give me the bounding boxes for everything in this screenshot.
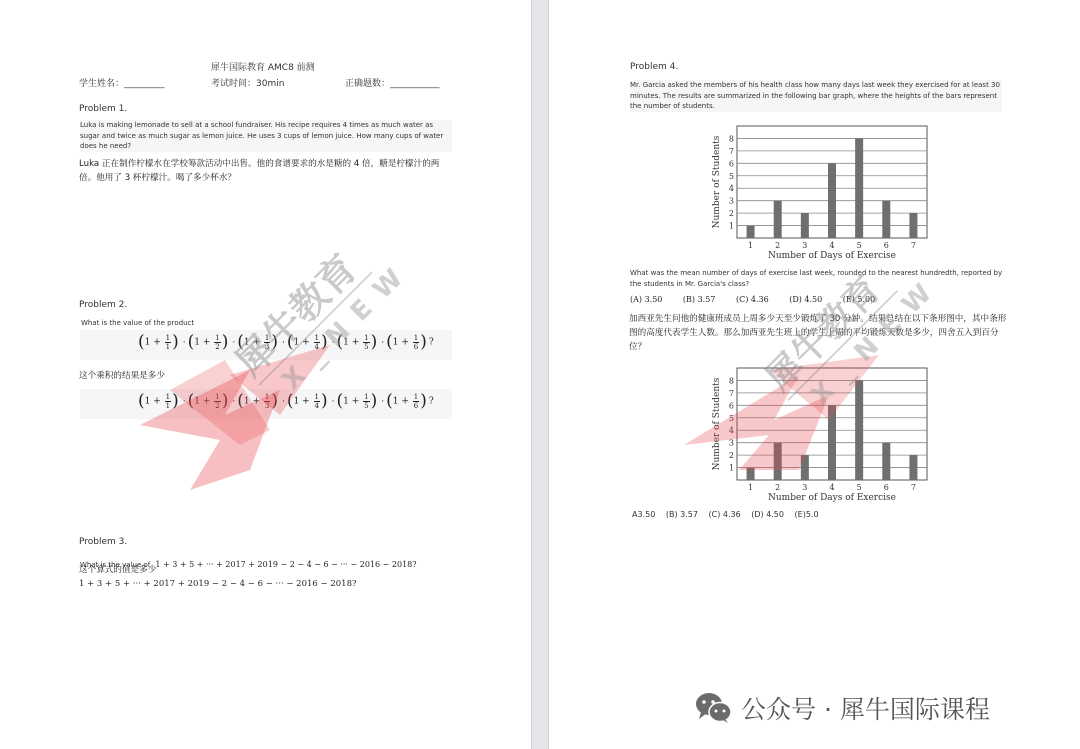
product-expression-zh: (1 + 11)·(1 + 12)·(1 + 13)·(1 + 14)·(1 +… bbox=[80, 389, 452, 419]
bar-chart-english: 123456781234567Number of Days of Exercis… bbox=[709, 120, 939, 269]
svg-text:4: 4 bbox=[729, 426, 734, 435]
problem-3-expression: 1 + 3 + 5 + ··· + 2017 + 2019 − 2 − 4 − … bbox=[155, 560, 416, 569]
wechat-official-account-brand: 公众号 · 犀牛国际课程 bbox=[695, 690, 990, 726]
svg-text:6: 6 bbox=[884, 241, 889, 250]
svg-text:2: 2 bbox=[775, 241, 780, 250]
exam-time: 考试时间：30min bbox=[211, 76, 284, 89]
watermark-logo: 犀牛教育 X_NEW bbox=[130, 240, 430, 500]
svg-text:1: 1 bbox=[729, 464, 734, 473]
product-formula: (1 + 11)·(1 + 12)·(1 + 13)·(1 + 14)·(1 +… bbox=[138, 332, 434, 352]
problem-4-english: Mr. Garcia asked the members of his heal… bbox=[630, 80, 1002, 112]
choice-e-zh: (E)5.0 bbox=[795, 510, 819, 519]
svg-text:1: 1 bbox=[729, 222, 734, 231]
svg-text:1: 1 bbox=[748, 241, 753, 250]
problem-1-english: Luka is making lemonade to sell at a sch… bbox=[80, 120, 452, 152]
svg-text:5: 5 bbox=[729, 414, 734, 423]
svg-text:2: 2 bbox=[729, 209, 734, 218]
svg-text:3: 3 bbox=[802, 483, 807, 492]
svg-text:7: 7 bbox=[729, 389, 734, 398]
svg-text:4: 4 bbox=[829, 241, 834, 250]
student-name-field: 学生姓名：_________ bbox=[79, 76, 165, 89]
problem-1-title: Problem 1. bbox=[79, 104, 127, 114]
svg-text:7: 7 bbox=[729, 147, 734, 156]
problem-3-expression-zh: 1 + 3 + 5 + ··· + 2017 + 2019 − 2 − 4 − … bbox=[79, 579, 357, 589]
page-gutter bbox=[531, 0, 549, 749]
svg-text:8: 8 bbox=[729, 376, 734, 385]
svg-text:4: 4 bbox=[829, 483, 834, 492]
brand-text: 公众号 · 犀牛国际课程 bbox=[741, 690, 990, 726]
problem-3-title: Problem 3. bbox=[79, 537, 127, 547]
left-document-page: 犀牛国际教育 AMC8 前测 学生姓名：_________ 考试时间：30min… bbox=[0, 0, 531, 749]
product-formula: (1 + 11)·(1 + 12)·(1 + 13)·(1 + 14)·(1 +… bbox=[138, 391, 434, 411]
problem-4-title: Problem 4. bbox=[630, 62, 678, 72]
svg-text:Number of Students: Number of Students bbox=[712, 135, 722, 228]
svg-text:7: 7 bbox=[911, 241, 916, 250]
choice-c: (C) 4.36 bbox=[736, 295, 769, 304]
answer-choices-english: (A) 3.50 (B) 3.57 (C) 4.36 (D) 4.50 (E) … bbox=[630, 295, 893, 304]
svg-text:1: 1 bbox=[748, 483, 753, 492]
svg-text:3: 3 bbox=[729, 197, 734, 206]
exam-title: 犀牛国际教育 AMC8 前测 bbox=[211, 60, 315, 73]
bar-chart-chinese: 123456781234567Number of Days of Exercis… bbox=[709, 362, 939, 511]
svg-text:7: 7 bbox=[911, 483, 916, 492]
choice-d-zh: (D) 4.50 bbox=[751, 510, 784, 519]
svg-text:8: 8 bbox=[729, 134, 734, 143]
svg-text:3: 3 bbox=[802, 241, 807, 250]
problem-3-chinese: 这个算式的值是多少 bbox=[79, 563, 156, 577]
problem-2-chinese: 这个乘积的结果是多少 bbox=[79, 369, 165, 383]
svg-text:5: 5 bbox=[729, 172, 734, 181]
choice-e: (E) 5.00 bbox=[843, 295, 875, 304]
svg-text:Number of Days of Exercise: Number of Days of Exercise bbox=[768, 251, 896, 261]
choice-a: (A) 3.50 bbox=[630, 295, 662, 304]
choice-b-zh: (B) 3.57 bbox=[666, 510, 698, 519]
svg-text:Number of Students: Number of Students bbox=[712, 377, 722, 470]
svg-text:2: 2 bbox=[729, 451, 734, 460]
svg-text:5: 5 bbox=[857, 483, 862, 492]
right-document-page: Problem 4. Mr. Garcia asked the members … bbox=[549, 0, 1080, 749]
svg-text:Number of Days of Exercise: Number of Days of Exercise bbox=[768, 493, 896, 503]
problem-2-title: Problem 2. bbox=[79, 300, 127, 310]
problem-4-question: What was the mean number of days of exer… bbox=[630, 268, 1006, 289]
choice-c-zh: (C) 4.36 bbox=[708, 510, 740, 519]
svg-text:4: 4 bbox=[729, 184, 734, 193]
problem-2-english: What is the value of the product bbox=[81, 318, 194, 329]
choice-d: (D) 4.50 bbox=[789, 295, 822, 304]
watermark-text-cn: 犀牛教育 bbox=[227, 246, 366, 385]
svg-text:3: 3 bbox=[729, 439, 734, 448]
problem-1-chinese: Luka 正在制作柠檬水在学校筹款活动中出售。他的食谱要求的水是糖的 4 倍，糖… bbox=[79, 157, 455, 185]
choice-a-zh: A3.50 bbox=[632, 510, 655, 519]
correct-count-field: 正确题数：___________ bbox=[345, 76, 440, 89]
product-expression-en: (1 + 11)·(1 + 12)·(1 + 13)·(1 + 14)·(1 +… bbox=[80, 330, 452, 360]
answer-choices-chinese: A3.50 (B) 3.57 (C) 4.36 (D) 4.50 (E)5.0 bbox=[632, 510, 827, 519]
wechat-icon bbox=[695, 692, 733, 724]
svg-text:X_NEW: X_NEW bbox=[276, 254, 418, 396]
svg-text:6: 6 bbox=[884, 483, 889, 492]
svg-text:2: 2 bbox=[775, 483, 780, 492]
svg-text:5: 5 bbox=[857, 241, 862, 250]
svg-text:6: 6 bbox=[729, 159, 734, 168]
problem-4-chinese: 加西亚先生问他的健康班成员上周多少天至少锻炼了 30 分钟。结果总结在以下条形图… bbox=[629, 312, 1009, 354]
choice-b: (B) 3.57 bbox=[683, 295, 715, 304]
svg-text:6: 6 bbox=[729, 401, 734, 410]
